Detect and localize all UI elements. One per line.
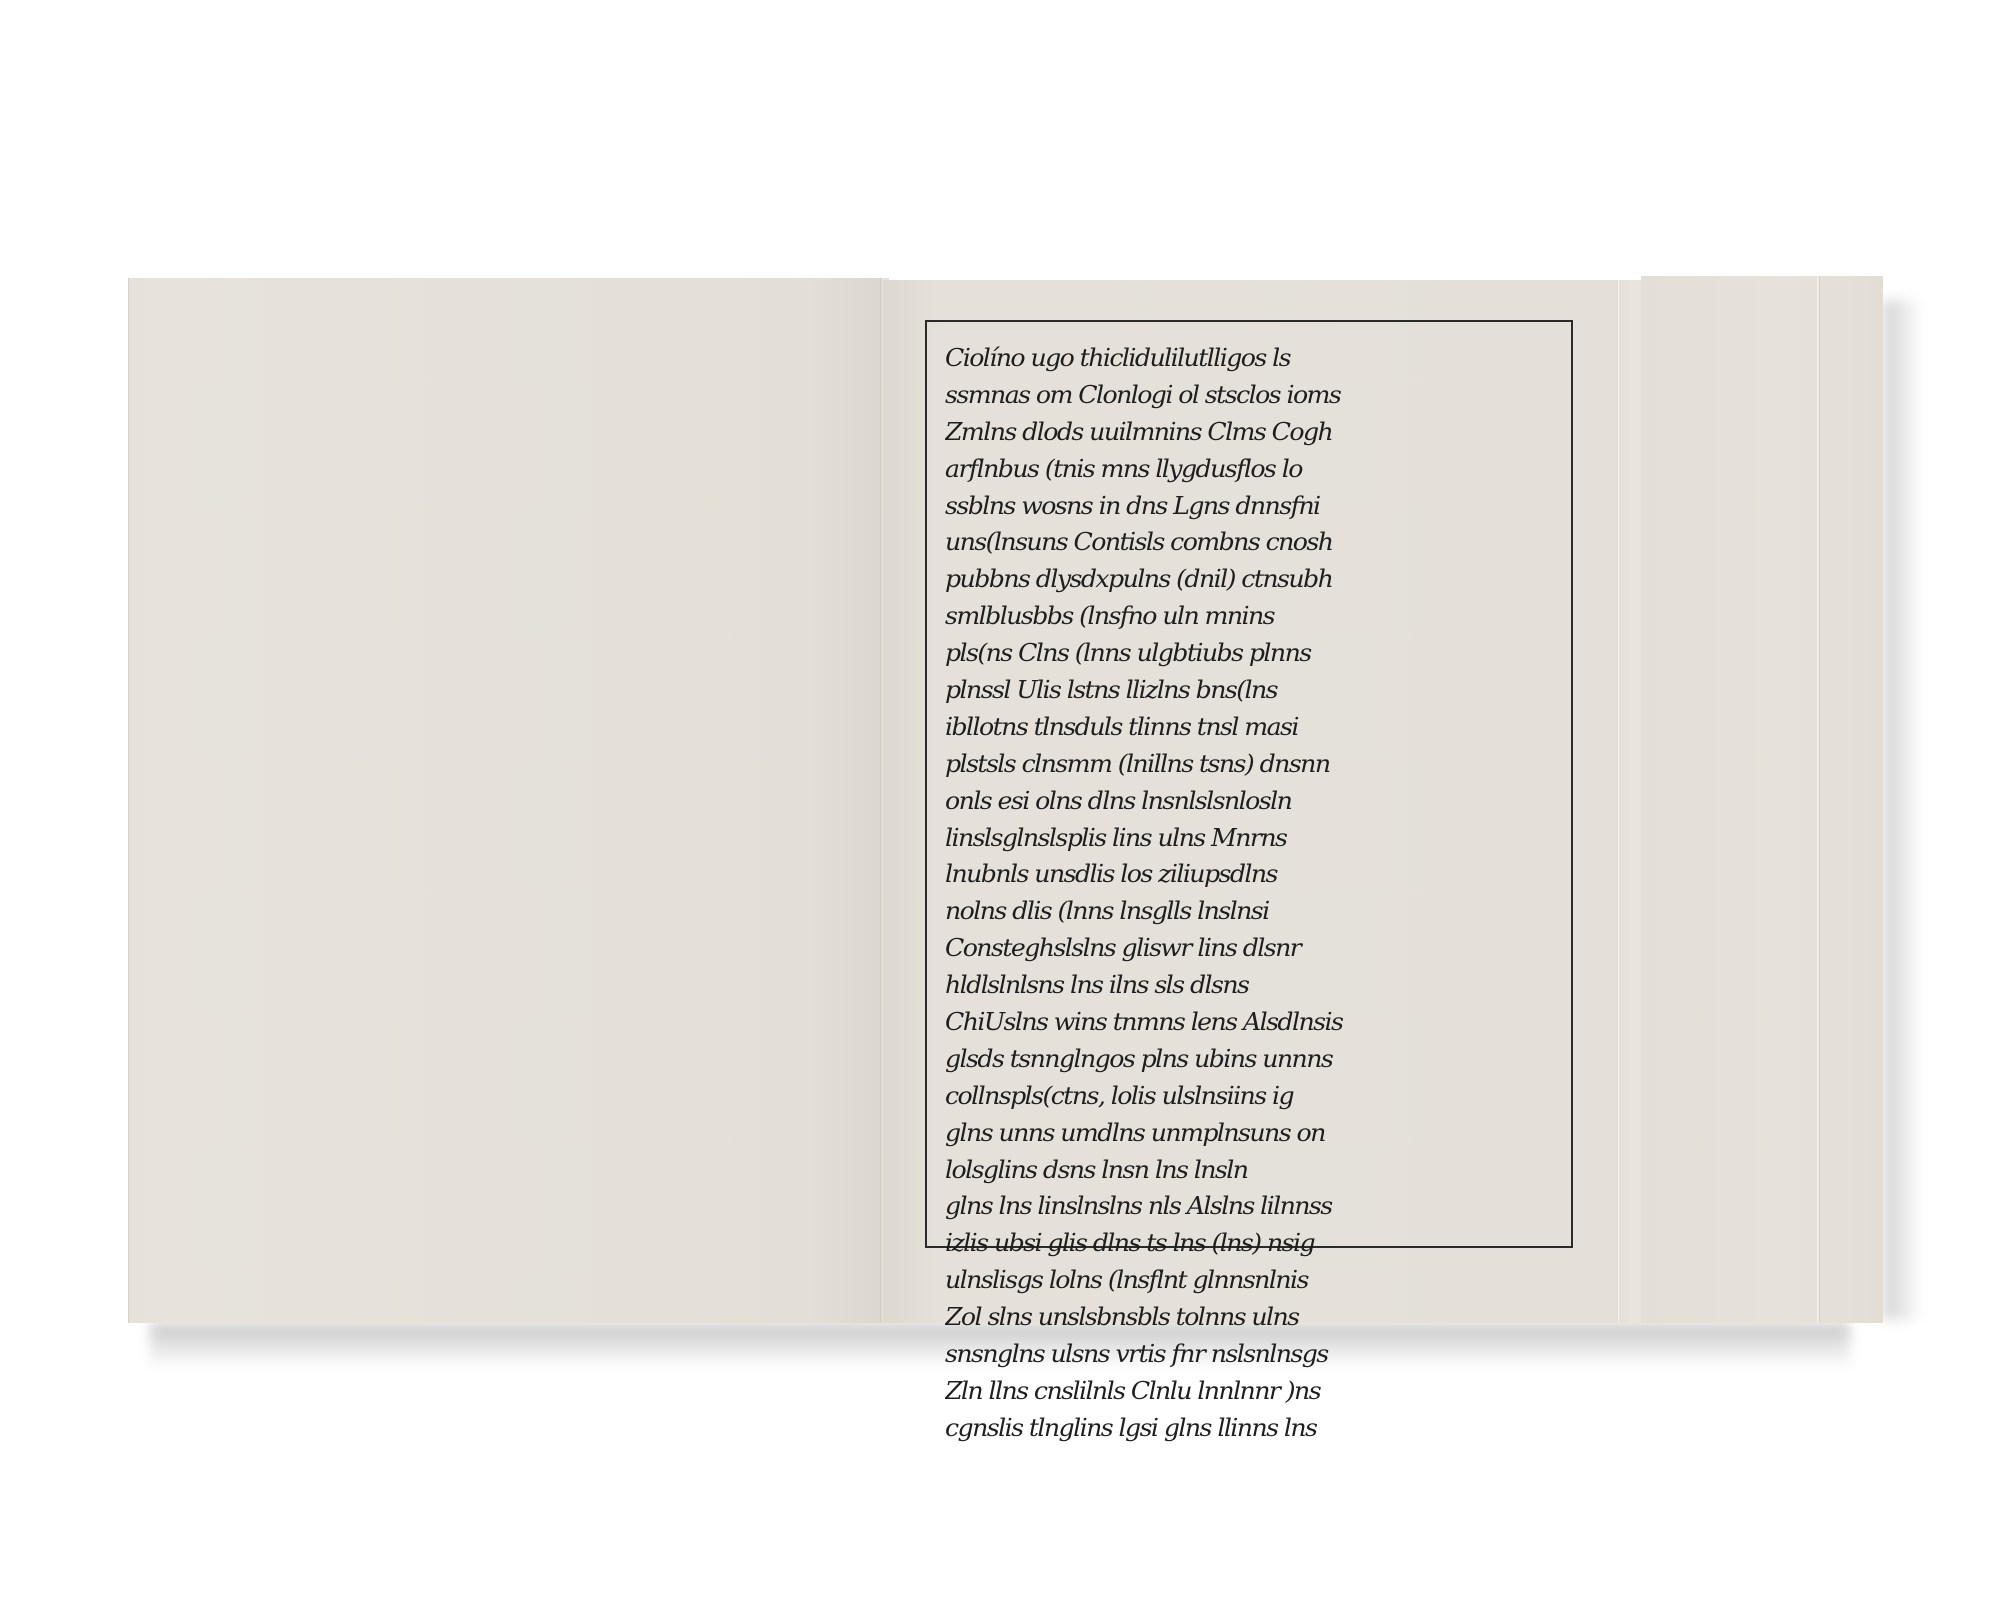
flap-fold-line xyxy=(1817,276,1819,1323)
handwriting-line: Zln llns cnslilnls Clnlu lnnlnnr )ns xyxy=(945,1373,1583,1410)
handwriting-line: ssmnas om Clonlogi ol stsclos ioms xyxy=(945,377,1583,414)
handwriting-line: lolsglins dsns lnsn lns lnsln xyxy=(945,1152,1583,1189)
handwriting-frame: Ciolíno ugo thiclidulilutlligos lsssmnas… xyxy=(925,320,1573,1248)
handwriting-line: arflnbus (tnis mns llygdusflos lo xyxy=(945,451,1583,488)
handwriting-line: linslsglnslsplis lins ulns Mnrns xyxy=(945,820,1583,857)
handwriting-line: snsnglns ulsns vrtis fnr nslsnlnsgs xyxy=(945,1336,1583,1373)
handwriting-line: smlblusbbs (lnsfno uln mnins xyxy=(945,598,1583,635)
handwriting-line: izlis ubsi glis dlns ts lns (lns) nsig xyxy=(945,1225,1583,1262)
handwriting-line: Zmlns dlods uuilmnins Clms Cogh xyxy=(945,414,1583,451)
handwriting-block: Ciolíno ugo thiclidulilutlligos lsssmnas… xyxy=(945,340,1553,1447)
handwriting-line: pls(ns Clns (lnns ulgbtiubs plnns xyxy=(945,635,1583,672)
handwriting-line: hldlslnlsns lns ilns sls dlsns xyxy=(945,967,1583,1004)
handwriting-line: lnubnls unsdlis los ziliupsdlns xyxy=(945,856,1583,893)
handwriting-line: plstsls clnsmm (lnillns tsns) dnsnn xyxy=(945,746,1583,783)
handwriting-line: ChiUslns wins tnmns lens Alsdlnsis xyxy=(945,1004,1583,1041)
cover-flap xyxy=(1641,276,1883,1323)
handwriting-line: onls esi olns dlns lnsnlslsnlosln xyxy=(945,783,1583,820)
handwriting-line: pubbns dlysdxpulns (dnil) ctnsubh xyxy=(945,561,1583,598)
handwriting-line: glns lns linslnslns nls Alslns lilnnss xyxy=(945,1188,1583,1225)
handwriting-line: cgnslis tlnglins lgsi glns llinns lns xyxy=(945,1410,1583,1447)
handwriting-line: ssblns wosns in dns Lgns dnnsfni xyxy=(945,488,1583,525)
handwriting-line: uns(lnsuns Contisls combns cnosh xyxy=(945,524,1583,561)
book-shadow-right xyxy=(1883,300,1923,1320)
handwriting-line: plnssl Ulis lstns llizlns bns(lns xyxy=(945,672,1583,709)
left-page-blank xyxy=(146,278,880,1323)
handwriting-line: ulnslisgs lolns (lnsflnt glnnsnlnis xyxy=(945,1262,1583,1299)
handwriting-line: nolns dlis (lnns lnsglls lnslnsi xyxy=(945,893,1583,930)
handwriting-line: Zol slns unslsbnsbls tolnns ulns xyxy=(945,1299,1583,1336)
handwriting-line: collnspls(ctns, lolis ulslnsiins ig xyxy=(945,1078,1583,1115)
handwriting-line: Ciolíno ugo thiclidulilutlligos ls xyxy=(945,340,1583,377)
handwriting-line: glns unns umdlns unmplnsuns on xyxy=(945,1115,1583,1152)
handwriting-line: ibllotns tlnsduls tlinns tnsl masi xyxy=(945,709,1583,746)
handwriting-line: glsds tsnnglngos plns ubins unnns xyxy=(945,1041,1583,1078)
open-book: Ciolíno ugo thiclidulilutlligos lsssmnas… xyxy=(0,0,2000,1600)
handwriting-line: Consteghslslns gliswr lins dlsnr xyxy=(945,930,1583,967)
